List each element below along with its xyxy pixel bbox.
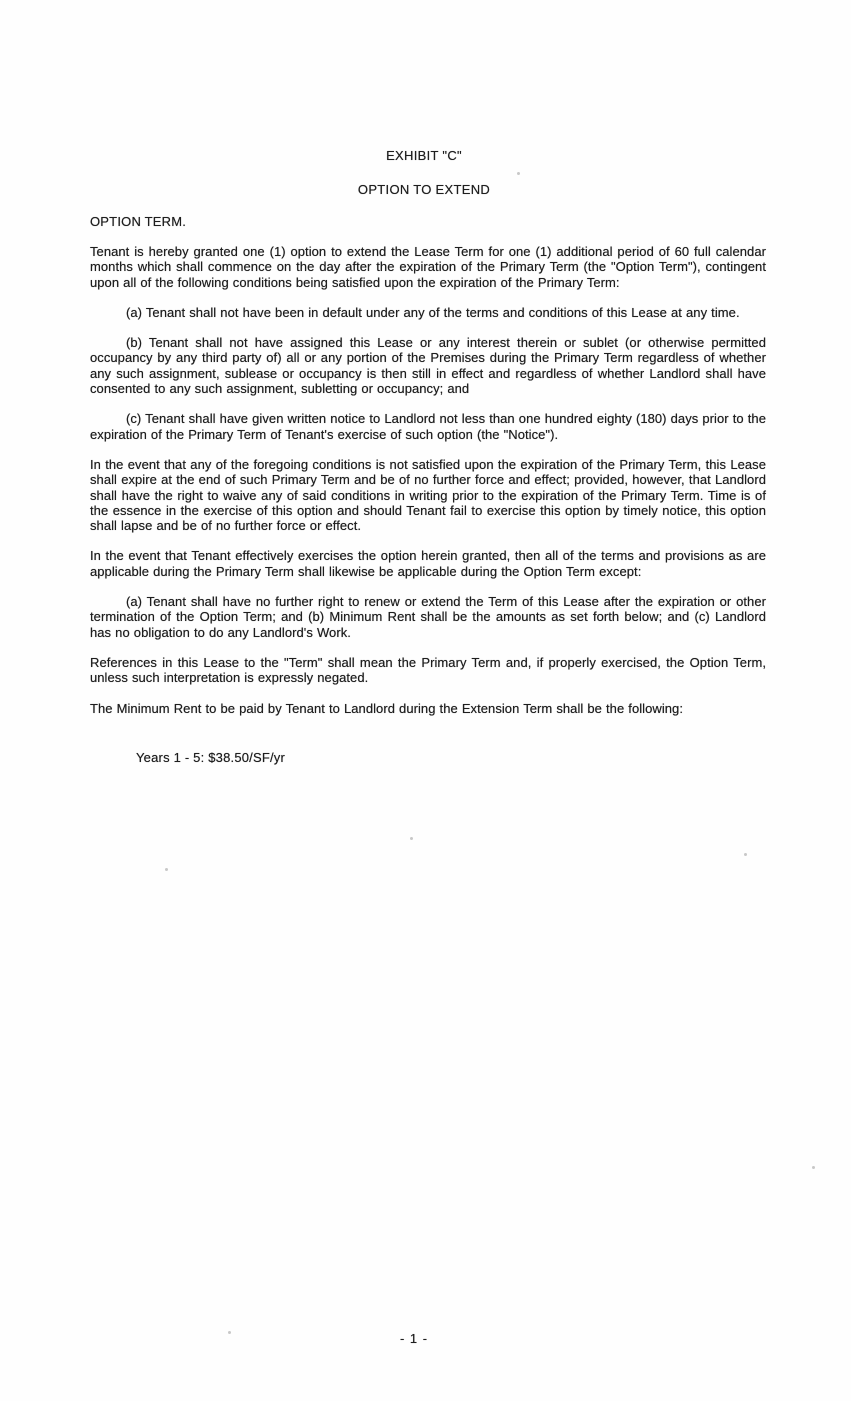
page-number: - 1 -: [0, 1331, 828, 1346]
exhibit-title: EXHIBIT "C": [82, 148, 766, 163]
section-heading-option-term: OPTION TERM.: [90, 214, 766, 229]
paragraph-minimum-rent-intro: The Minimum Rent to be paid by Tenant to…: [90, 701, 766, 716]
paragraph-condition-c: (c) Tenant shall have given written noti…: [90, 411, 766, 442]
document-body: EXHIBIT "C" OPTION TO EXTEND OPTION TERM…: [90, 148, 766, 765]
exhibit-subtitle: OPTION TO EXTEND: [82, 182, 766, 197]
scan-speck: [744, 853, 747, 856]
paragraph-condition-b: (b) Tenant shall not have assigned this …: [90, 335, 766, 396]
scan-speck: [228, 1331, 231, 1334]
scan-speck: [812, 1166, 815, 1169]
scanned-document-page: EXHIBIT "C" OPTION TO EXTEND OPTION TERM…: [0, 0, 851, 1401]
paragraph-failure-clause: In the event that any of the foregoing c…: [90, 457, 766, 533]
paragraph-exercise-clause: In the event that Tenant effectively exe…: [90, 548, 766, 579]
paragraph-condition-a: (a) Tenant shall not have been in defaul…: [90, 305, 766, 320]
paragraph-exceptions: (a) Tenant shall have no further right t…: [90, 594, 766, 640]
paragraph-intro: Tenant is hereby granted one (1) option …: [90, 244, 766, 290]
scan-speck: [165, 868, 168, 871]
rent-schedule-years-1-5: Years 1 - 5: $38.50/SF/yr: [90, 750, 766, 765]
paragraph-references-clause: References in this Lease to the "Term" s…: [90, 655, 766, 686]
scan-speck: [517, 172, 520, 175]
scan-speck: [410, 837, 413, 840]
